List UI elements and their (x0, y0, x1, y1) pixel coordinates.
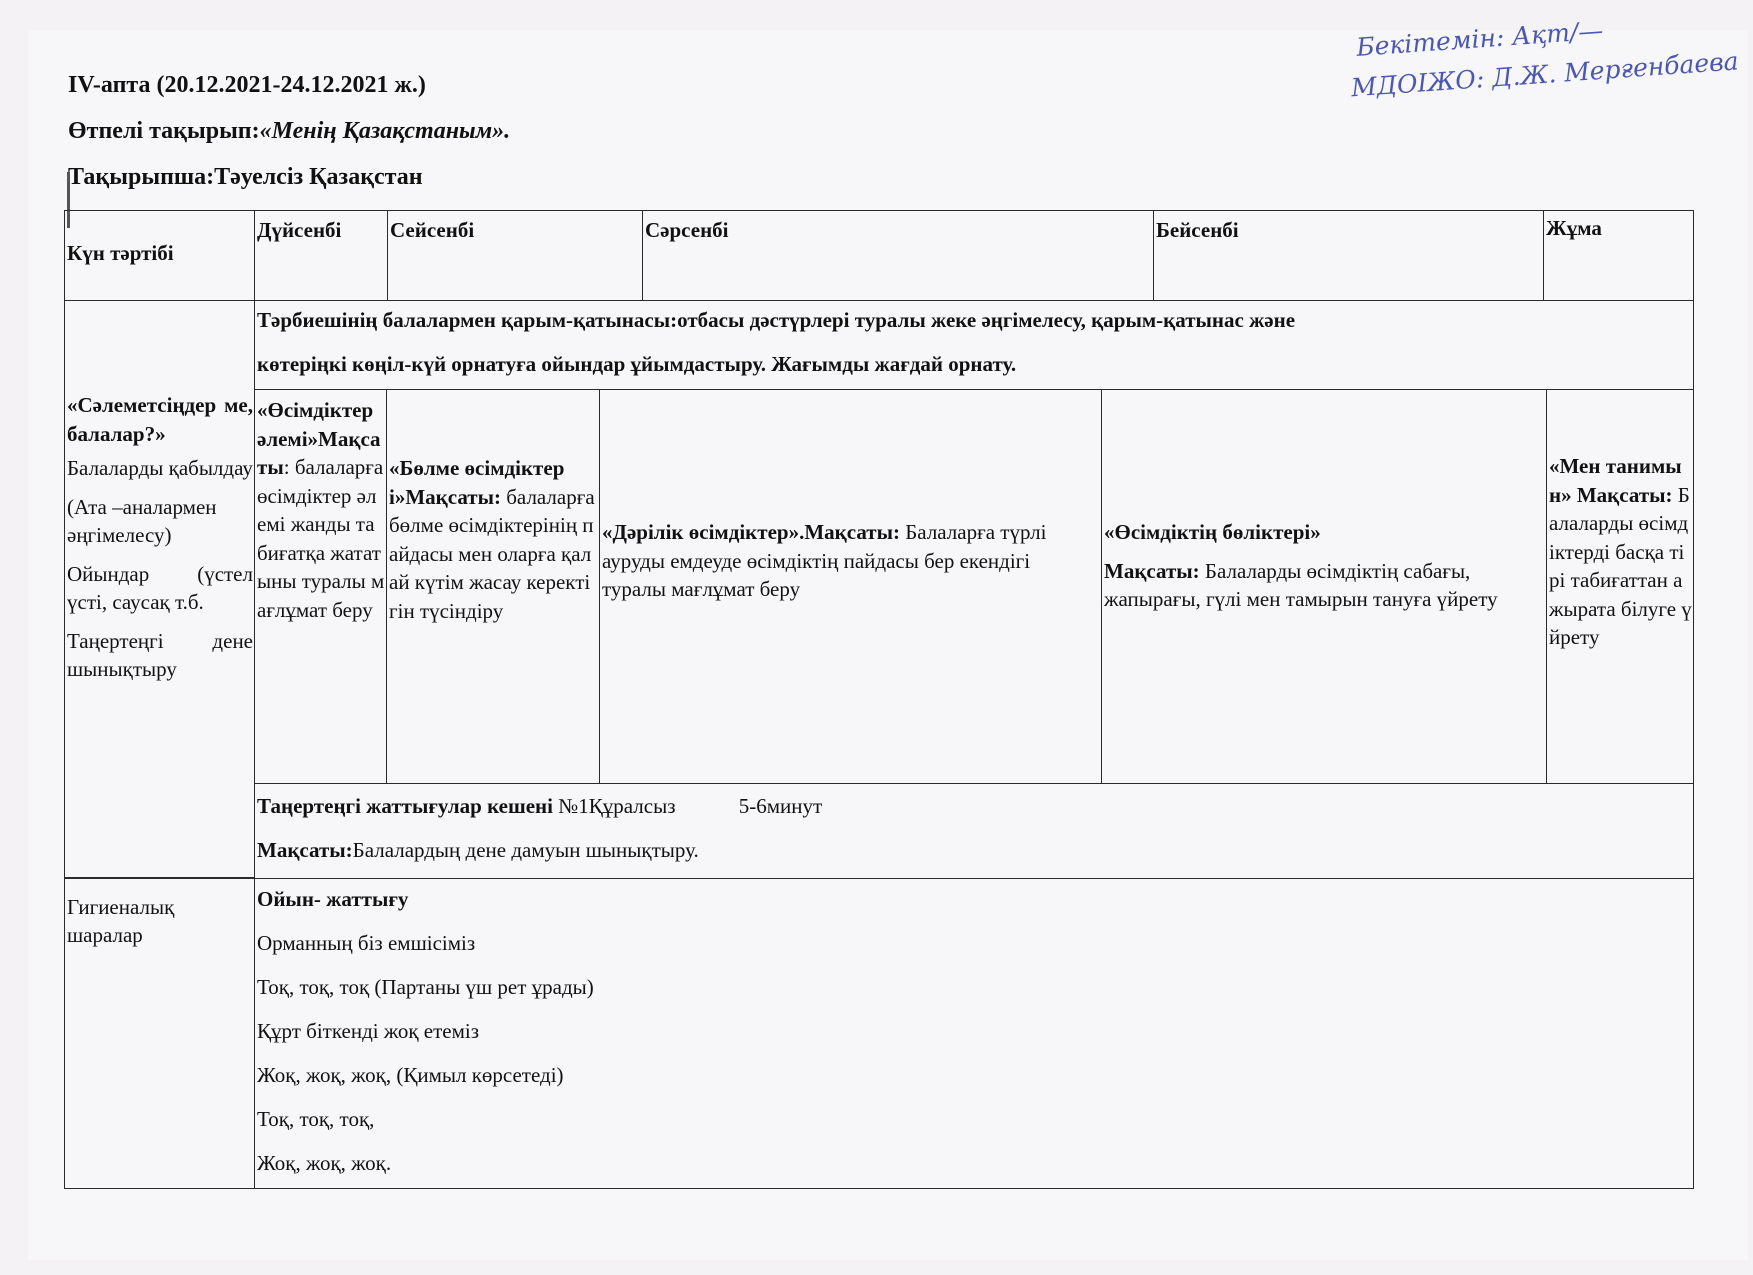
column-header-thursday: Бейсенбі (1153, 210, 1544, 301)
greeting-line: Таңертеңгі дене шынықтыру (67, 627, 253, 684)
exercise-goal-text: Балалардың дене дамуын шынықтыру. (353, 838, 699, 862)
exercise-line: Таңертеңгі жаттығулар кешені №1Құралсыз … (257, 792, 822, 820)
greeting-line: (Ата –аналармен әңгімелесу) (67, 493, 253, 550)
game-title: Ойын- жаттығу (257, 885, 408, 913)
theme-label: Өтпелі тақырып: (68, 118, 260, 144)
hygiene-content-cell: Ойын- жаттығу Орманның біз емшісіміз Тоқ… (254, 878, 1694, 1189)
activity-friday: «Мен танимын» Мақсаты: Балаларды өсімдік… (1546, 389, 1694, 784)
communication-line-2: көтеріңкі көңіл-күй орнатуға ойындар ұйы… (257, 350, 1016, 378)
exercise-title: Таңертеңгі жаттығулар кешені (257, 794, 553, 818)
column-header-label: Күн тәртібі (67, 239, 174, 267)
greeting-label-cell: «Сәлеметсіңдер ме, балалар?» Балаларды қ… (64, 300, 255, 878)
hygiene-label-cell: Гигиеналық шаралар (64, 878, 255, 1189)
activity-monday: «Өсімдіктер әлемі»Мақсаты: балаларға өсі… (254, 389, 387, 784)
column-header-label: Дүйсенбі (257, 216, 341, 244)
exercise-goal: Мақсаты:Балалардың дене дамуын шынықтыру… (257, 836, 699, 864)
rhyme-line: Жоқ, жоқ, жоқ. (257, 1149, 391, 1177)
subtheme-heading: Тақырыпша:Тәуелсіз Қазақстан (68, 164, 423, 191)
theme-value: «Менің Қазақстаным». (260, 118, 511, 144)
activity-thursday: «Өсімдіктің бөліктері» Мақсаты: Балалард… (1101, 389, 1547, 784)
column-header-label: Жұма (1546, 214, 1602, 242)
column-header-schedule: Күн тәртібі (64, 210, 255, 301)
column-header-wednesday: Сәрсенбі (642, 210, 1154, 301)
rhyme-line: Тоқ, тоқ, тоқ (Партаны үш рет ұрады) (257, 973, 594, 1001)
exercise-goal-label: Мақсаты: (257, 838, 353, 862)
activity-text: Балаларды өсімдіктерді басқа тірі табиға… (1549, 483, 1692, 650)
column-header-monday: Дүйсенбі (254, 210, 388, 301)
activity-text: балаларға өсімдіктер әлемі жанды табиғат… (257, 455, 384, 622)
greeting-line: Ойындар (үстел үсті, саусақ т.б. (67, 560, 253, 617)
rhyme-line: Құрт біткенді жоқ етеміз (257, 1017, 479, 1045)
exercise-duration: 5-6минут (739, 794, 822, 818)
activity-tuesday: «Бөлме өсімдіктері»Мақсаты: балаларға бө… (386, 389, 600, 784)
activity-goal-label: : (284, 455, 290, 479)
activity-title: «Дәрілік өсімдіктер».Мақсаты: (602, 520, 900, 544)
rhyme-line: Орманның біз емшісіміз (257, 929, 475, 957)
rhyme-line: Тоқ, тоқ, тоқ, (257, 1105, 374, 1133)
communication-line-1: Тәрбиешінің балалармен қарым-қатынасы:от… (257, 306, 1295, 334)
column-header-friday: Жұма (1543, 210, 1694, 301)
greeting-line: Балаларды қабылдау (67, 454, 253, 483)
activity-wednesday: «Дәрілік өсімдіктер».Мақсаты: Балаларға … (599, 389, 1102, 784)
exercise-detail: №1Құралсыз (558, 794, 675, 818)
hygiene-label: Гигиеналық шаралар (67, 893, 217, 949)
rhyme-line: Жоқ, жоқ, жоқ, (Қимыл көрсетеді) (257, 1061, 564, 1089)
week-heading: IV-апта (20.12.2021-24.12.2021 ж.) (68, 72, 426, 99)
theme-heading: Өтпелі тақырып:«Менің Қазақстаным». (68, 118, 510, 145)
column-header-tuesday: Сейсенбі (387, 210, 643, 301)
morning-exercise-cell: Таңертеңгі жаттығулар кешені №1Құралсыз … (254, 783, 1694, 879)
activity-goal-label: Мақсаты: (1104, 559, 1200, 583)
activity-title: «Өсімдіктің бөліктері» (1104, 518, 1544, 547)
column-header-label: Бейсенбі (1156, 216, 1239, 244)
column-header-label: Сәрсенбі (645, 216, 729, 244)
column-header-label: Сейсенбі (390, 216, 474, 244)
communication-cell: Тәрбиешінің балалармен қарым-қатынасы:от… (254, 300, 1694, 390)
greeting-title: «Сәлеметсіңдер ме, балалар?» (67, 391, 253, 448)
activity-goal-label: Мақсаты: (1577, 483, 1673, 507)
